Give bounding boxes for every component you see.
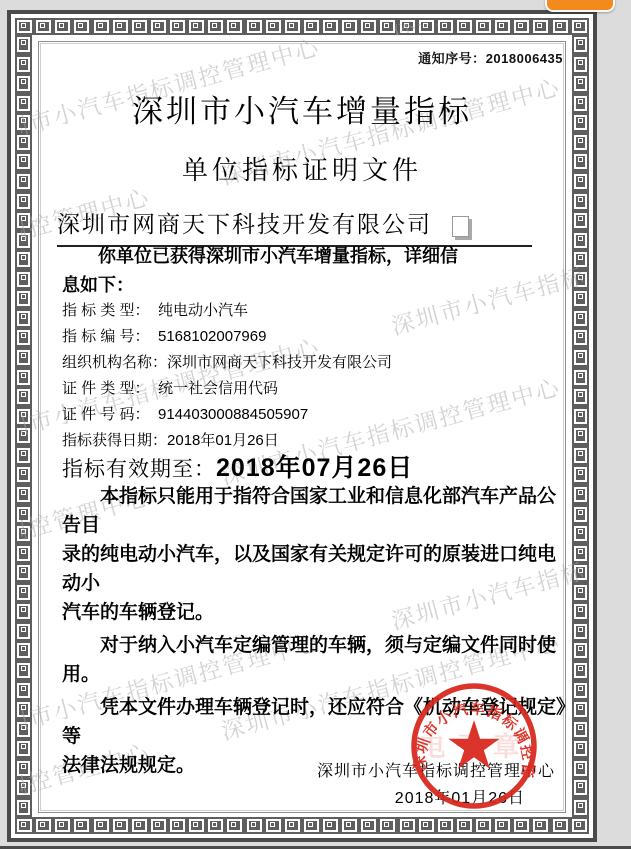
official-seal: 电子章 深圳市小汽车指标调控管理中心: [408, 680, 540, 812]
quota-fields: 指 标 类 型：纯电动小汽车 指 标 编 号：5168102007969 组织机…: [62, 298, 392, 454]
field-row-org-name: 组织机构名称：深圳市网商天下科技开发有限公司: [62, 350, 392, 376]
company-name: 深圳市网商天下科技开发有限公司: [57, 212, 432, 237]
notice-serial-label: 通知序号：: [418, 51, 486, 66]
orange-button-fragment[interactable]: [545, 0, 615, 12]
terms-paragraph-1: 本指标只能用于指符合国家工业和信息化部汽车产品公告目 录的纯电动小汽车，以及国家…: [62, 482, 572, 627]
field-row-id-number: 证 件 号 码：914403000884505907: [62, 402, 392, 428]
field-value: 统一社会信用代码: [158, 376, 278, 402]
field-value: 5168102007969: [158, 324, 266, 350]
field-label: 指 标 类 型：: [62, 298, 158, 324]
field-label: 证 件 号 码：: [62, 402, 158, 428]
field-label: 组织机构名称：: [62, 350, 167, 376]
certificate-title: 深圳市小汽车增量指标: [11, 86, 593, 131]
validity-date: 2018年07月26日: [216, 454, 413, 482]
certificate-sheet: 深圳市小汽车指标调控管理中心 深圳市小汽车指标调控管理中心 深圳市小汽车指标调控…: [7, 10, 597, 842]
notice-serial: 通知序号：2018006435: [418, 48, 563, 67]
field-label: 指 标 编 号：: [62, 324, 158, 350]
field-row-quota-number: 指 标 编 号：5168102007969: [62, 324, 392, 350]
validity-row: 指标有效期至：2018年07月26日: [62, 448, 413, 484]
field-row-id-type: 证 件 类 型：统一社会信用代码: [62, 376, 392, 402]
field-value: 深圳市网商天下科技开发有限公司: [167, 350, 392, 376]
certificate-subtitle: 单位指标证明文件: [11, 150, 593, 187]
company-name-line: 深圳市网商天下科技开发有限公司: [57, 206, 532, 247]
validity-label: 指标有效期至：: [62, 458, 216, 481]
field-label: 证 件 类 型：: [62, 376, 158, 402]
notice-serial-value: 2018006435: [486, 51, 563, 66]
field-value: 纯电动小汽车: [158, 298, 248, 324]
field-row-quota-type: 指 标 类 型：纯电动小汽车: [62, 298, 392, 324]
intro-text: 你单位已获得深圳市小汽车增量指标，详细信 息如下：: [62, 242, 567, 300]
field-value: 914403000884505907: [158, 402, 308, 428]
broken-image-placeholder-icon: [452, 216, 469, 237]
